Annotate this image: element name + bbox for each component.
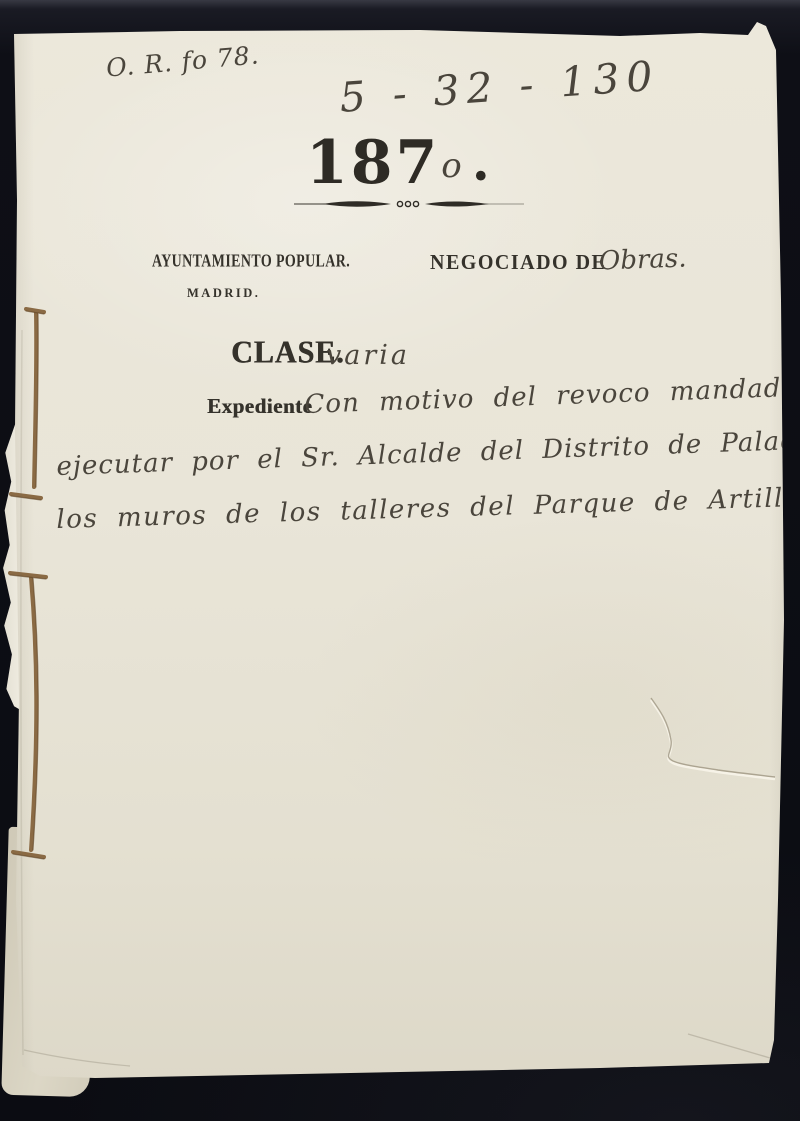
clase-value: varia <box>326 340 410 371</box>
year-title: 187 o . <box>306 133 490 193</box>
divider-ornament <box>292 196 526 212</box>
year-period: . <box>472 137 490 189</box>
organization-city: MADRID. <box>187 286 260 301</box>
archival-note: O. R. fo 78. <box>105 40 261 82</box>
organization-name: AYUNTAMIENTO POPULAR. <box>152 251 350 272</box>
year-handwritten-digit: o <box>441 149 461 183</box>
document-cover-page: O. R. fo 78. 5 - 32 - 130 187 o . AYUNTA… <box>0 0 800 1121</box>
reference-number: 5 - 32 - 130 <box>338 52 661 122</box>
scanned-document-stage: O. R. fo 78. 5 - 32 - 130 187 o . AYUNTA… <box>0 0 800 1121</box>
expediente-text-line1: Con motivo del revoco mandado <box>304 373 799 420</box>
expediente-text-line3: los muros de los talleres del Parque de … <box>56 481 800 535</box>
expediente-label: Expediente <box>207 394 312 419</box>
negociado-value: Obras. <box>599 243 687 276</box>
year-printed: 187 <box>306 133 440 193</box>
negociado-label: NEGOCIADO DE <box>430 251 606 275</box>
expediente-text-line2: ejecutar por el Sr. Alcalde del Distrito… <box>56 423 800 482</box>
